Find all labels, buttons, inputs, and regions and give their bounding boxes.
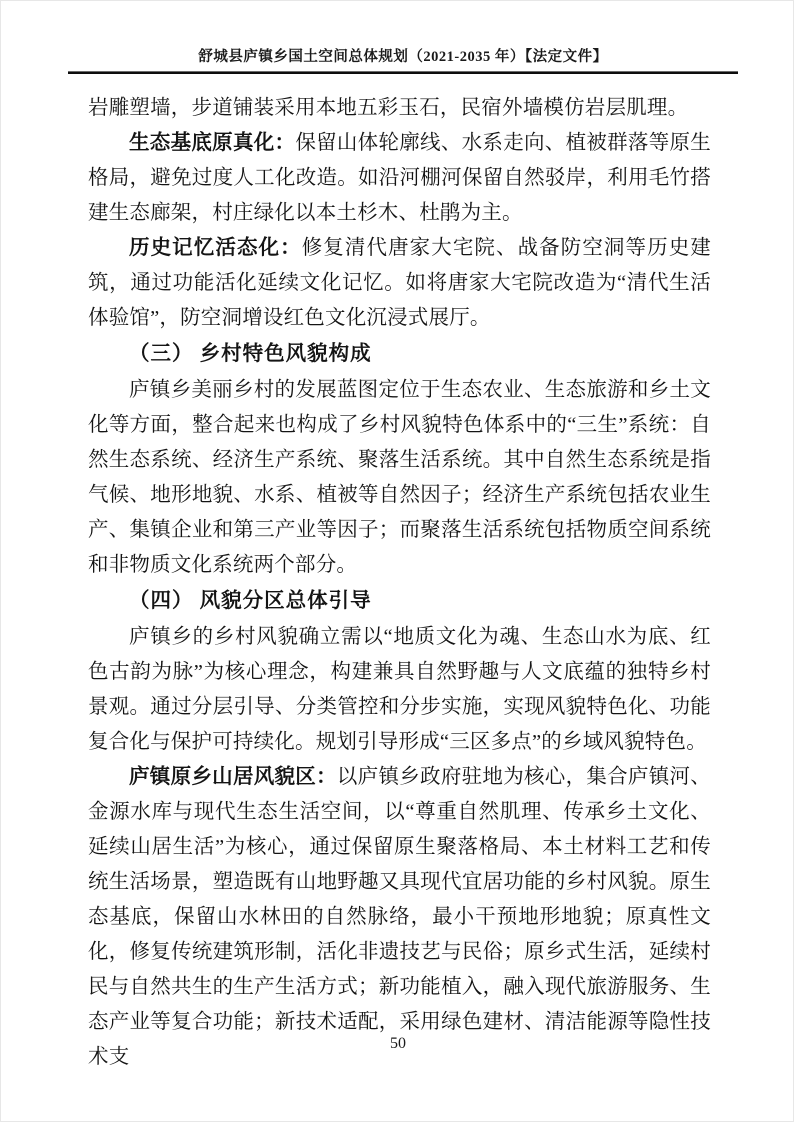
paragraph-eco-base: 生态基底原真化：保留山体轮廓线、水系走向、植被群落等原生格局，避免过度人工化改造… xyxy=(88,126,711,231)
run-in-heading: 历史记忆活态化： xyxy=(129,237,302,259)
run-in-heading: 庐镇原乡山居风貌区： xyxy=(129,766,337,788)
paragraph-history-memory: 历史记忆活态化：修复清代唐家大宅院、战备防空洞等历史建筑，通过功能活化延续文化记… xyxy=(88,231,711,336)
running-header: 舒城县庐镇乡国土空间总体规划（2021-2035 年）【法定文件】 xyxy=(68,45,738,74)
section-heading-three: （三） 乡村特色风貌构成 xyxy=(88,337,711,372)
paragraph-style-guidance: 庐镇乡的乡村风貌确立需以“地质文化为魂、生态山水为底、红色古韵为脉”为核心理念，… xyxy=(88,620,711,760)
page-background: 舒城县庐镇乡国土空间总体规划（2021-2035 年）【法定文件】 岩雕塑墙，步… xyxy=(0,0,794,1122)
paragraph-village-character: 庐镇乡美丽乡村的发展蓝图定位于生态农业、生态旅游和乡土文化等方面，整合起来也构成… xyxy=(88,373,711,583)
run-in-heading: 生态基底原真化： xyxy=(129,132,295,154)
running-footer: 50 xyxy=(1,1035,794,1053)
page-number: 50 xyxy=(390,1035,406,1052)
document-body: 岩雕塑墙，步道铺装采用本地五彩玉石，民宿外墙模仿岩层肌理。 生态基底原真化：保留… xyxy=(88,91,711,1075)
paragraph-text: 岩雕塑墙，步道铺装采用本地五彩玉石，民宿外墙模仿岩层肌理。 xyxy=(88,97,688,119)
document-page: { "header": { "title": "舒城县庐镇乡国土空间总体规划（2… xyxy=(0,0,794,1122)
document-title: 舒城县庐镇乡国土空间总体规划（2021-2035 年）【法定文件】 xyxy=(68,45,738,66)
paragraph-text: 庐镇乡的乡村风貌确立需以“地质文化为魂、生态山水为底、红色古韵为脉”为核心理念，… xyxy=(88,626,711,753)
paragraph-text: 庐镇乡美丽乡村的发展蓝图定位于生态农业、生态旅游和乡土文化等方面，整合起来也构成… xyxy=(88,379,711,576)
header-divider xyxy=(68,71,738,74)
paragraph-text: 以庐镇乡政府驻地为核心，集合庐镇河、金源水库与现代生态生活空间，以“尊重自然肌理… xyxy=(88,766,711,1068)
paragraph-continuation: 岩雕塑墙，步道铺装采用本地五彩玉石，民宿外墙模仿岩层肌理。 xyxy=(88,91,711,126)
section-heading-four: （四） 风貌分区总体引导 xyxy=(88,584,711,619)
paragraph-luzhen-style-zone: 庐镇原乡山居风貌区：以庐镇乡政府驻地为核心，集合庐镇河、金源水库与现代生态生活空… xyxy=(88,760,711,1075)
